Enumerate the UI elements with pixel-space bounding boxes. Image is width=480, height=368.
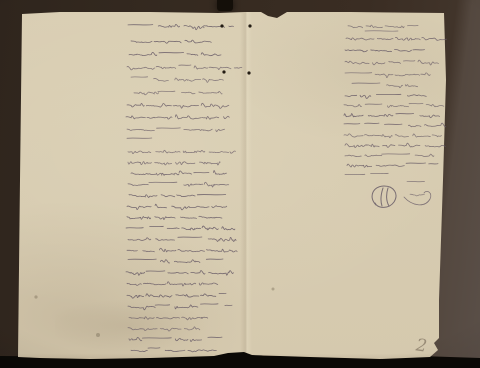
- scanned-document-photo: 2: [0, 0, 480, 368]
- paper-crumple-mark: [55, 290, 235, 355]
- binding-clamp: [217, 0, 233, 11]
- page-number-mark: 2: [415, 335, 429, 356]
- paper-edge-shading: [0, 0, 480, 368]
- manuscript-spread: 2: [0, 0, 480, 368]
- center-fold: [240, 12, 252, 358]
